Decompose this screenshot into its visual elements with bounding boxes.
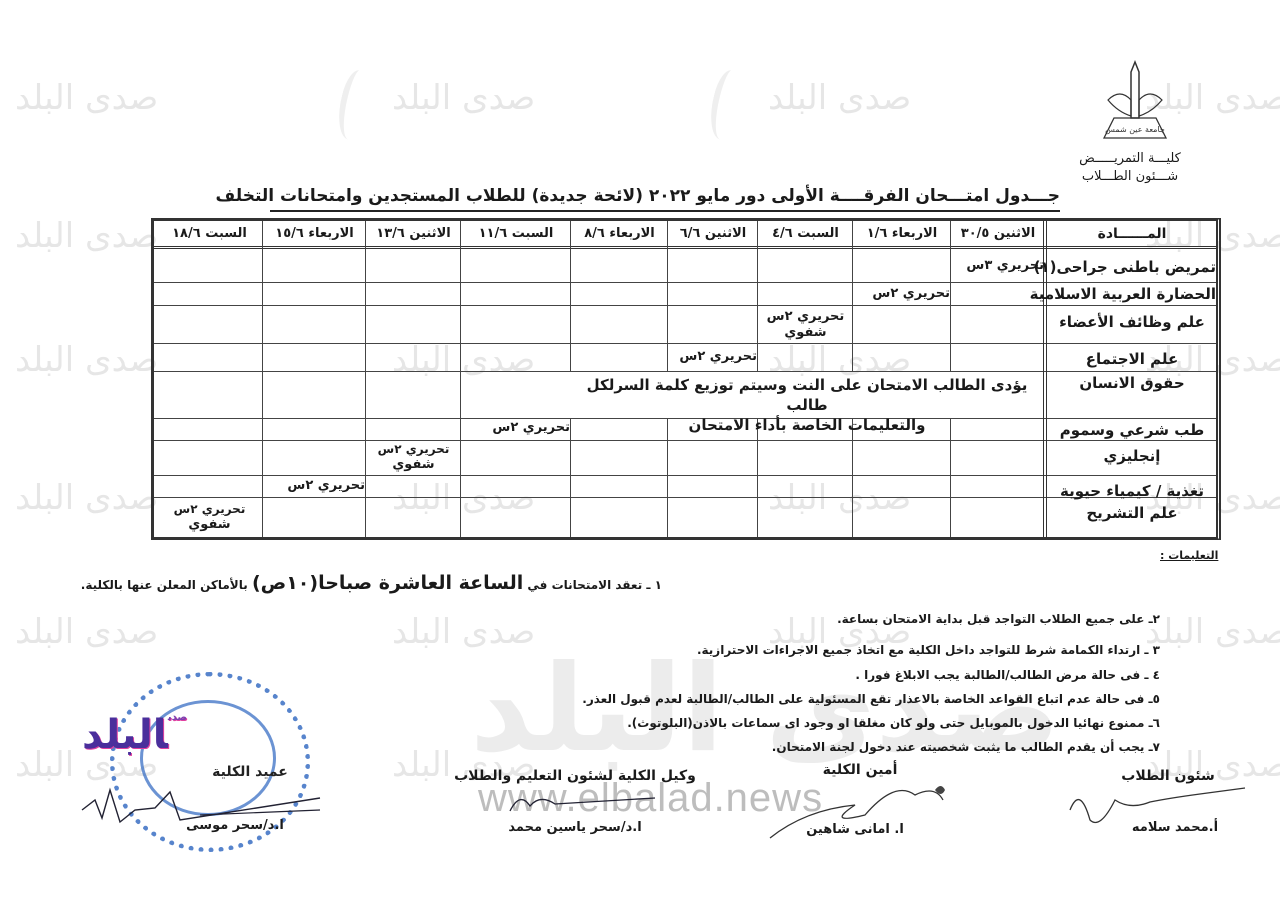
- title-underline: [270, 210, 1060, 212]
- date-column-header: السبت ١٨/٦: [157, 222, 262, 246]
- subject-name: تمريض باطنى جراحى(١): [1048, 258, 1216, 276]
- signatory-name: أ.محمد سلامه: [1120, 820, 1230, 835]
- date-column-header: السبت ٤/٦: [759, 222, 852, 246]
- exam-cell: تحريري ٢س: [264, 478, 365, 494]
- column-divider: [950, 418, 951, 537]
- row-divider: [154, 305, 1216, 306]
- instruction-item: ٣ ـ ارتداء الكمامة شرط للتواجد داخل الكل…: [697, 643, 1160, 657]
- row-divider: [154, 475, 1216, 476]
- row-divider: [154, 371, 1216, 372]
- subject-name: إنجليزي: [1048, 447, 1216, 465]
- column-divider: [667, 418, 668, 537]
- signatory-title: وكيل الكلية لشئون التعليم والطلاب: [450, 768, 700, 784]
- date-column-header: الاثنين ٦/٦: [669, 222, 757, 246]
- column-divider: [262, 221, 263, 537]
- column-divider: [950, 221, 951, 371]
- watermark-text: صدى البلد: [15, 78, 158, 118]
- page-title: جـــدول امتـــحان الفرقــــة الأولى دور …: [270, 186, 1060, 206]
- online-exam-note: يؤدى الطالب الامتحان على النت وسيتم توزي…: [572, 375, 1042, 435]
- instruction-item: ١ ـ تعقد الامتحانات في الساعة العاشرة صب…: [81, 572, 662, 594]
- row-divider: [154, 440, 1216, 441]
- row-divider: [154, 282, 1216, 283]
- subject-column-header: المــــــادة: [1048, 222, 1216, 246]
- faculty-header: كليـــة التمريـــــض شـــئون الطـــلاب: [1060, 150, 1200, 186]
- watermark-text: صدى البلد: [1145, 612, 1280, 652]
- exam-cell: تحريري ٢س شفوي: [157, 501, 262, 533]
- watermark-swirl-icon: [332, 68, 376, 143]
- subject-name: الحضارة العربية الاسلامية: [1048, 285, 1216, 303]
- subject-name: طب شرعي وسموم: [1048, 421, 1216, 439]
- watermark-text: صدى البلد: [392, 78, 535, 118]
- column-divider: [365, 221, 366, 537]
- column-divider: [667, 221, 668, 371]
- instruction-item: ٥ـ فى حالة عدم اتباع القواعد الخاصة بالا…: [582, 692, 1160, 706]
- svg-text:جامعة عين شمس: جامعة عين شمس: [1105, 125, 1165, 134]
- instructions-heading: التعليمات :: [1160, 549, 1218, 562]
- exam-cell: تحريري ٢س: [854, 286, 950, 302]
- row-divider: [154, 343, 1216, 344]
- instruction-item: ٤ ـ فى حالة مرض الطالب/الطالبة يجب الابل…: [855, 668, 1160, 682]
- watermark-text: صدى البلد: [15, 340, 158, 380]
- exam-cell: تحريري ٢س شفوي: [367, 441, 460, 473]
- brand-logo: صدىالبلد: [82, 712, 187, 758]
- date-column-header: الاثنين ٣٠/٥: [952, 222, 1044, 246]
- exam-cell: تحريري ٢س شفوي: [759, 309, 852, 341]
- date-column-header: الاربعاء ١٥/٦: [264, 222, 365, 246]
- faculty-name: كليـــة التمريـــــض: [1060, 150, 1200, 168]
- subject-name: علم التشريح: [1048, 504, 1216, 522]
- university-seal-icon: جامعة عين شمس: [1100, 60, 1170, 142]
- column-divider: [757, 418, 758, 537]
- subject-name: حقوق الانسان: [1048, 374, 1216, 392]
- subject-name: علم وظائف الأعضاء: [1048, 313, 1216, 331]
- column-divider: [460, 221, 461, 537]
- header-divider: [154, 246, 1216, 249]
- exam-cell: تحريري ٢س: [669, 349, 757, 365]
- watermark-text: صدى البلد: [15, 612, 158, 652]
- column-divider: [852, 418, 853, 537]
- exam-time-highlight: الساعة العاشرة صباحا(١٠ص): [252, 572, 523, 594]
- watermark-swirl-icon: [704, 68, 748, 143]
- subject-name: علم الاجتماع: [1048, 350, 1216, 368]
- date-column-header: الاثنين ١٣/٦: [367, 222, 460, 246]
- watermark-text: صدى البلد: [15, 478, 158, 518]
- department-name: شـــئون الطـــلاب: [1060, 168, 1200, 186]
- date-column-header: الاربعاء ١/٦: [854, 222, 950, 246]
- instruction-item: ٧ـ يجب أن يقدم الطالب ما يثبت شخصيته عند…: [772, 740, 1160, 754]
- column-divider: [757, 221, 758, 371]
- instruction-item: ٢ـ على جميع الطلاب التواجد قبل بداية الا…: [837, 612, 1160, 626]
- column-divider: [852, 221, 853, 371]
- signatory-name: ا.د/سحر موسى: [180, 818, 290, 833]
- signatory-name: ا. امانى شاهين: [800, 822, 910, 837]
- date-column-header: الاربعاء ٨/٦: [572, 222, 667, 246]
- instruction-item: ٦ـ ممنوع نهائيا الدخول بالموبايل حتى ولو…: [627, 716, 1160, 730]
- signatory-title: عميد الكلية: [205, 764, 295, 780]
- signature-scribble-icon: [505, 786, 665, 820]
- exam-cell: تحريري ٢س: [462, 420, 570, 436]
- signatory-name: ا.د/سحر ياسين محمد: [500, 820, 650, 835]
- watermark-text: صدى البلد: [768, 78, 911, 118]
- exam-cell: تحريري ٣س: [952, 258, 1044, 274]
- watermark-text: صدى البلد: [15, 216, 158, 256]
- column-divider: [570, 418, 571, 537]
- column-divider: [570, 221, 571, 371]
- subject-name: تغذية / كيمياء حيوية: [1048, 482, 1216, 500]
- watermark-big-text: صدى البلد: [470, 640, 1061, 779]
- date-column-header: السبت ١١/٦: [462, 222, 570, 246]
